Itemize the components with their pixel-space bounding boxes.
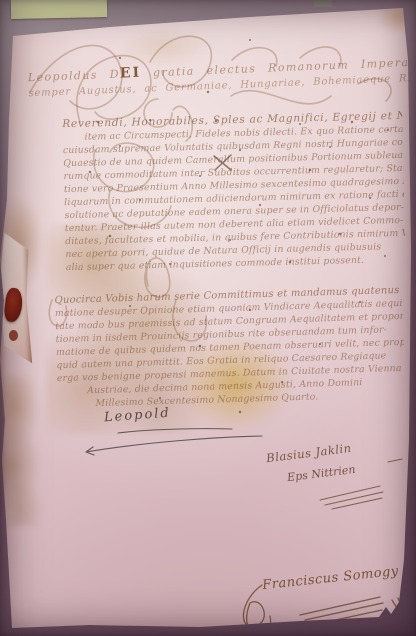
manuscript-paragraph-1: Reverendi, Honorabiles, Sples ac Magnifi… [62, 110, 406, 274]
photo-of-manuscript: Leopoldus DEI gratia electus Romanorum I… [0, 0, 416, 636]
archive-tab [314, 0, 332, 7]
manuscript-paragraph-2: Quocirca Vobis harum serie Committimus e… [54, 284, 405, 411]
heading-line1-strong: EI [120, 65, 142, 82]
heading-line1-pre: Leopoldus D [28, 68, 121, 85]
manuscript-paper: Leopoldus DEI gratia electus Romanorum I… [0, 0, 416, 636]
sticky-note [11, 0, 107, 19]
